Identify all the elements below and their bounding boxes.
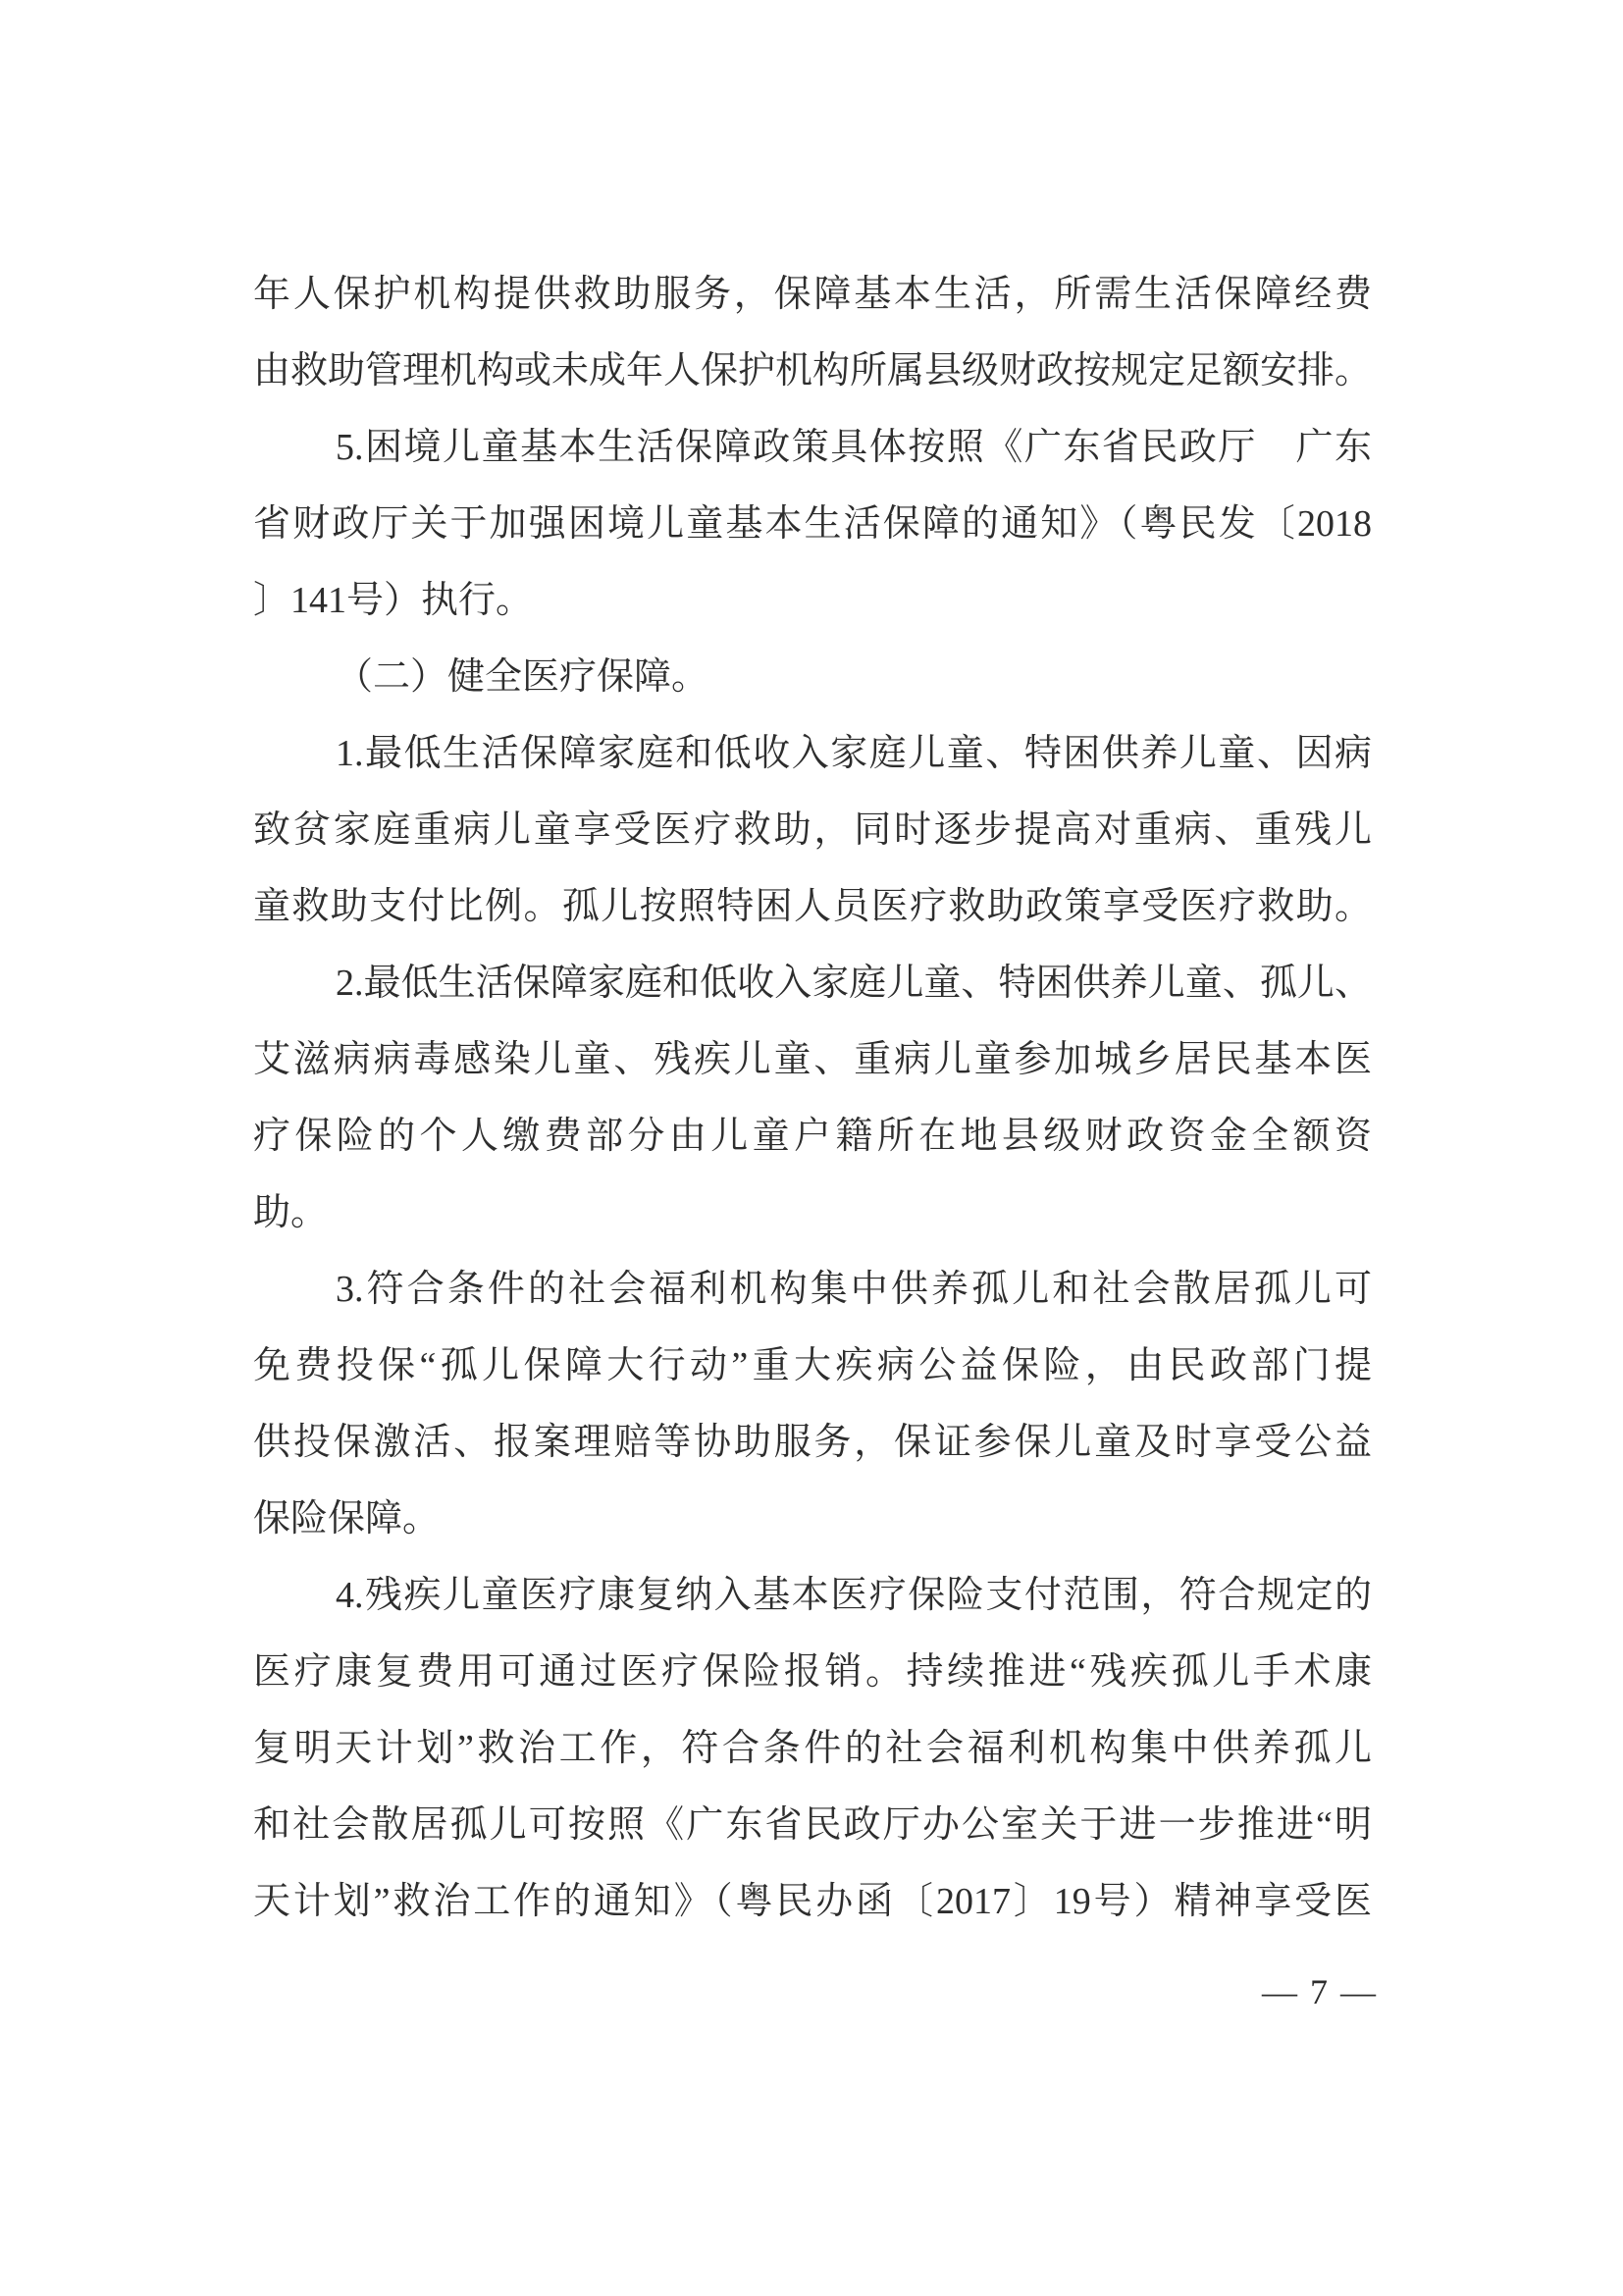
text-line: 天计划”救治工作的通知》（粤民办函〔2017〕19号）精神享受医 [253,1863,1372,1940]
text-line: 免费投保“孤儿保障大行动”重大疾病公益保险，由民政部门提 [253,1328,1372,1404]
text-line: 5.困境儿童基本生活保障政策具体按照《广东省民政厅 广东 [253,409,1372,486]
text-line: 省财政厅关于加强困境儿童基本生活保障的通知》（粤民发〔2018 [253,486,1372,562]
text-line: （二）健全医疗保障。 [253,639,1372,715]
text-line: 4.残疾儿童医疗康复纳入基本医疗保险支付范围，符合规定的 [253,1557,1372,1634]
text-line: 由救助管理机构或未成年人保护机构所属县级财政按规定足额安排。 [253,333,1372,409]
text-line: 〕141号）执行。 [253,562,1372,639]
text-line: 致贫家庭重病儿童享受医疗救助，同时逐步提高对重病、重残儿 [253,792,1372,868]
text-line: 医疗康复费用可通过医疗保险报销。持续推进“残疾孤儿手术康 [253,1634,1372,1710]
text-line: 年人保护机构提供救助服务，保障基本生活，所需生活保障经费 [253,256,1372,333]
document-body: 年人保护机构提供救助服务，保障基本生活，所需生活保障经费由救助管理机构或未成年人… [253,256,1372,1940]
text-line: 2.最低生活保障家庭和低收入家庭儿童、特困供养儿童、孤儿、 [253,945,1372,1021]
text-line: 助。 [253,1174,1372,1251]
text-line: 复明天计划”救治工作，符合条件的社会福利机构集中供养孤儿 [253,1710,1372,1787]
text-line: 1.最低生活保障家庭和低收入家庭儿童、特困供养儿童、因病 [253,715,1372,792]
text-line: 疗保险的个人缴费部分由儿童户籍所在地县级财政资金全额资 [253,1098,1372,1174]
text-line: 供投保激活、报案理赔等协助服务，保证参保儿童及时享受公益 [253,1404,1372,1481]
text-line: 保险保障。 [253,1481,1372,1557]
text-line: 3.符合条件的社会福利机构集中供养孤儿和社会散居孤儿可 [253,1251,1372,1328]
text-line: 童救助支付比例。孤儿按照特困人员医疗救助政策享受医疗救助。 [253,868,1372,945]
page-number: — 7 — [253,1966,1378,2017]
text-line: 艾滋病病毒感染儿童、残疾儿童、重病儿童参加城乡居民基本医 [253,1021,1372,1098]
text-line: 和社会散居孤儿可按照《广东省民政厅办公室关于进一步推进“明 [253,1787,1372,1863]
document-page: 年人保护机构提供救助服务，保障基本生活，所需生活保障经费由救助管理机构或未成年人… [0,0,1623,2296]
